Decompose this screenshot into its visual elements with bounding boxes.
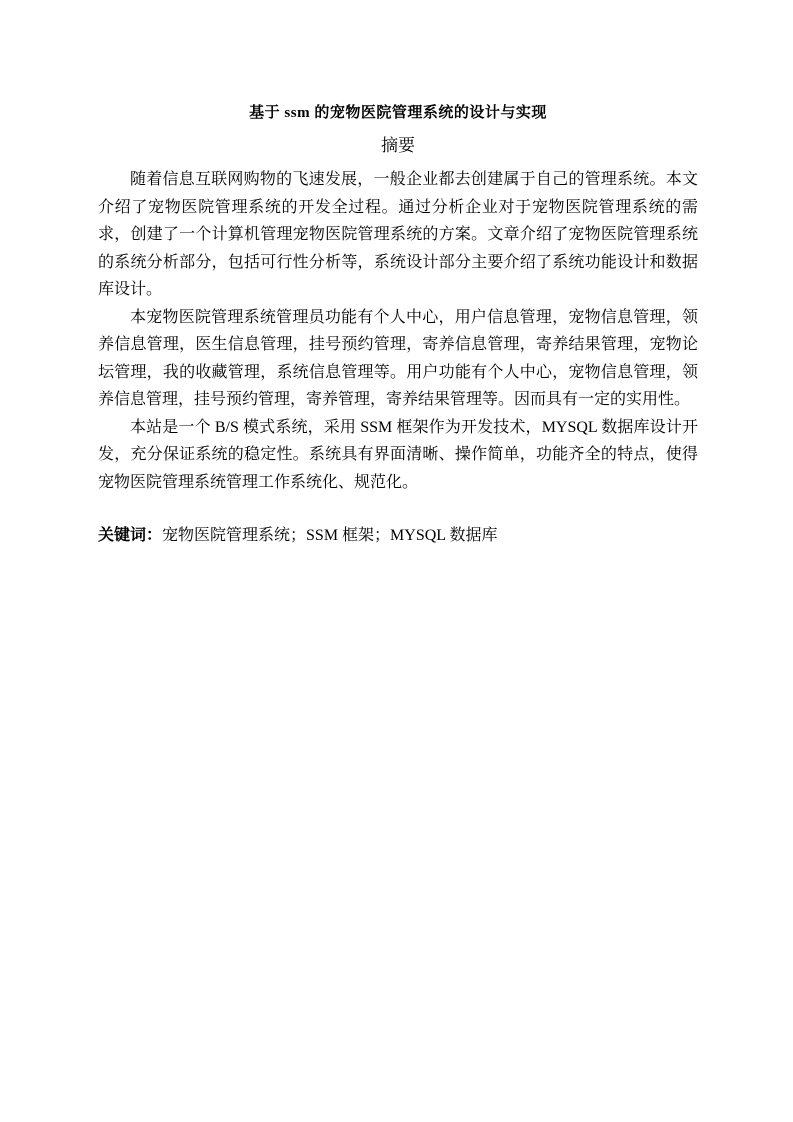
abstract-paragraph-3: 本站是一个 B/S 模式系统，采用 SSM 框架作为开发技术，MYSQL 数据库… [98, 414, 698, 497]
abstract-paragraph-2: 本宠物医院管理系统管理员功能有个人中心，用户信息管理，宠物信息管理，领养信息管理… [98, 304, 698, 414]
page-content: 基于 ssm 的宠物医院管理系统的设计与实现 摘要 随着信息互联网购物的飞速发展… [98, 102, 698, 550]
abstract-heading: 摘要 [98, 133, 698, 159]
keywords-line: 关键词：宠物医院管理系统；SSM 框架；MYSQL 数据库 [98, 522, 698, 550]
paper-title: 基于 ssm 的宠物医院管理系统的设计与实现 [98, 102, 698, 124]
document-page: 基于 ssm 的宠物医院管理系统的设计与实现 摘要 随着信息互联网购物的飞速发展… [0, 0, 793, 1122]
abstract-paragraph-1: 随着信息互联网购物的飞速发展，一般企业都去创建属于自己的管理系统。本文介绍了宠物… [98, 166, 698, 304]
keywords-label: 关键词： [98, 527, 162, 544]
keywords-text: 宠物医院管理系统；SSM 框架；MYSQL 数据库 [162, 527, 497, 544]
